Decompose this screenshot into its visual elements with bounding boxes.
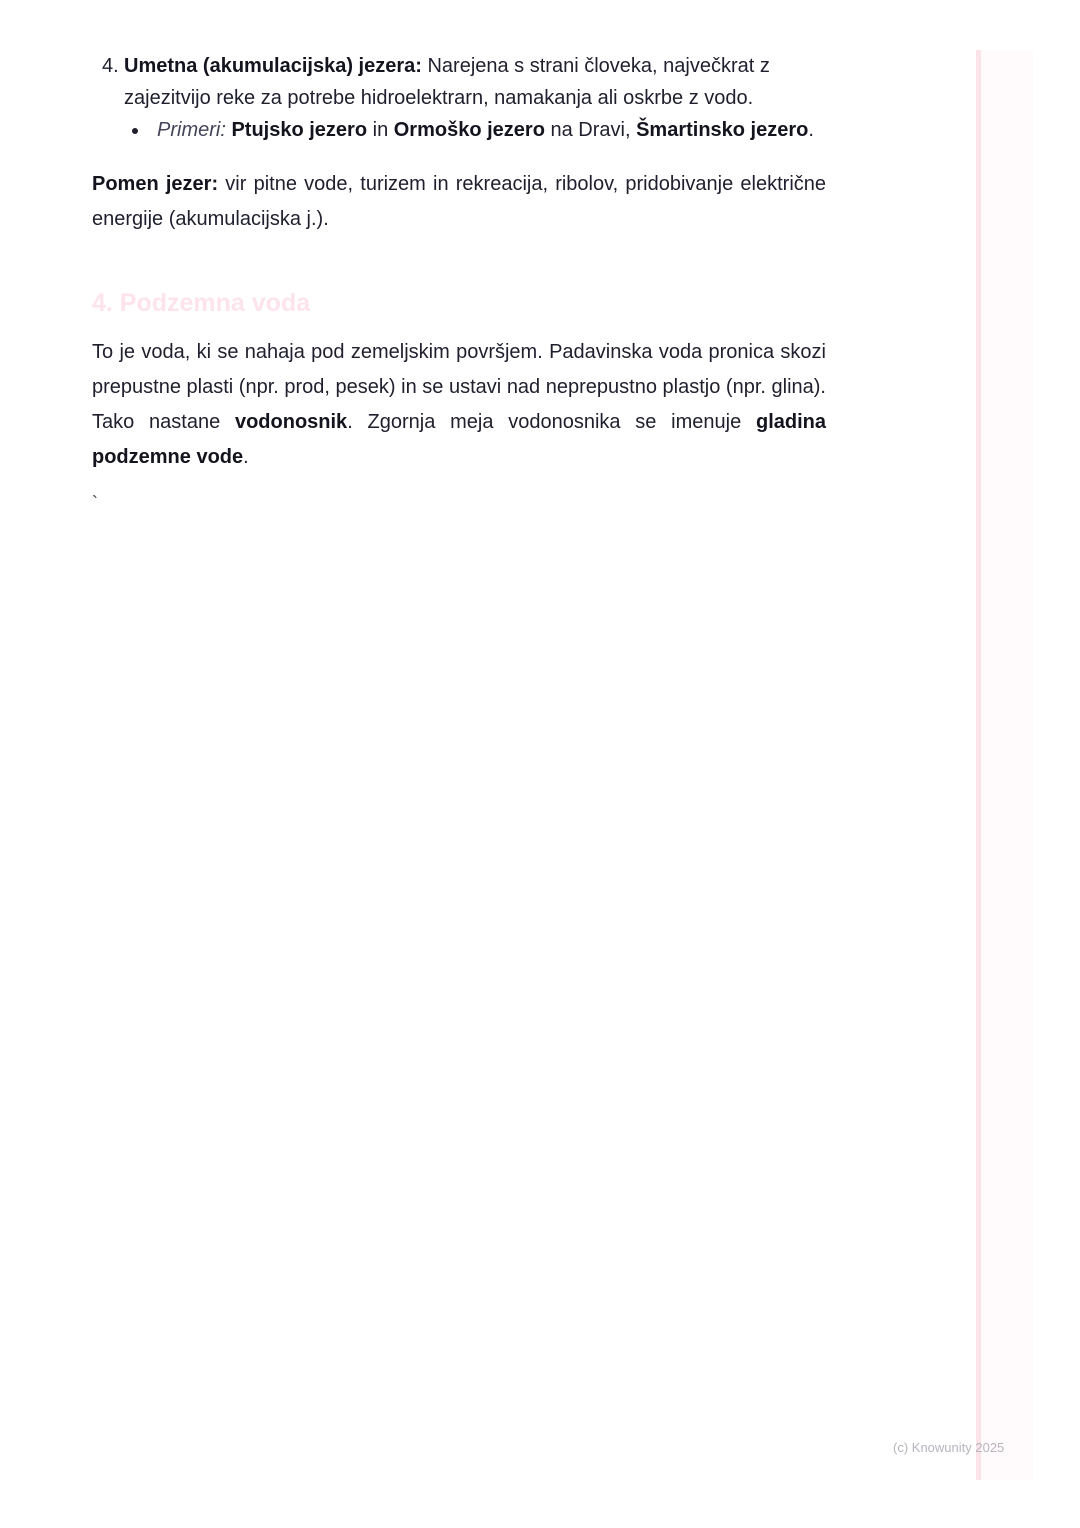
term-aquifer: vodonosnik: [235, 411, 347, 433]
importance-paragraph: Pomen jezer: vir pitne vode, turizem in …: [92, 167, 826, 237]
examples-label: Primeri:: [157, 119, 226, 141]
join-text: in: [367, 119, 394, 141]
paragraph-text: . Zgornja meja vodonosnika se imenuje: [347, 411, 756, 433]
paragraph-text: .: [243, 446, 249, 468]
margin-panel: [981, 50, 1033, 1480]
list-item-artificial-lakes: 4. Umetna (akumulacijska) jezera: Nareje…: [92, 50, 826, 114]
copyright-footer: (c) Knowunity 2025: [893, 1440, 1004, 1455]
example-smartno: Šmartinsko jezero: [636, 119, 808, 141]
bullet-icon: [132, 128, 138, 134]
examples-bullet: Primeri: Ptujsko jezero in Ormoško jezer…: [92, 114, 826, 147]
importance-label: Pomen jezer:: [92, 173, 218, 195]
groundwater-paragraph: To je voda, ki se nahaja pod zemeljskim …: [92, 335, 826, 475]
term-artificial-lakes: Umetna (akumulacijska) jezera:: [124, 55, 422, 77]
stray-character: `: [92, 493, 826, 513]
section-heading: 4. Podzemna voda: [92, 283, 826, 323]
document-body: 4. Umetna (akumulacijska) jezera: Nareje…: [92, 50, 826, 513]
example-ormoz: Ormoško jezero: [394, 119, 545, 141]
punctuation: .: [808, 119, 814, 141]
example-ptuj: Ptujsko jezero: [231, 119, 367, 141]
join-text: na Dravi,: [545, 119, 636, 141]
list-number: 4.: [102, 50, 119, 82]
